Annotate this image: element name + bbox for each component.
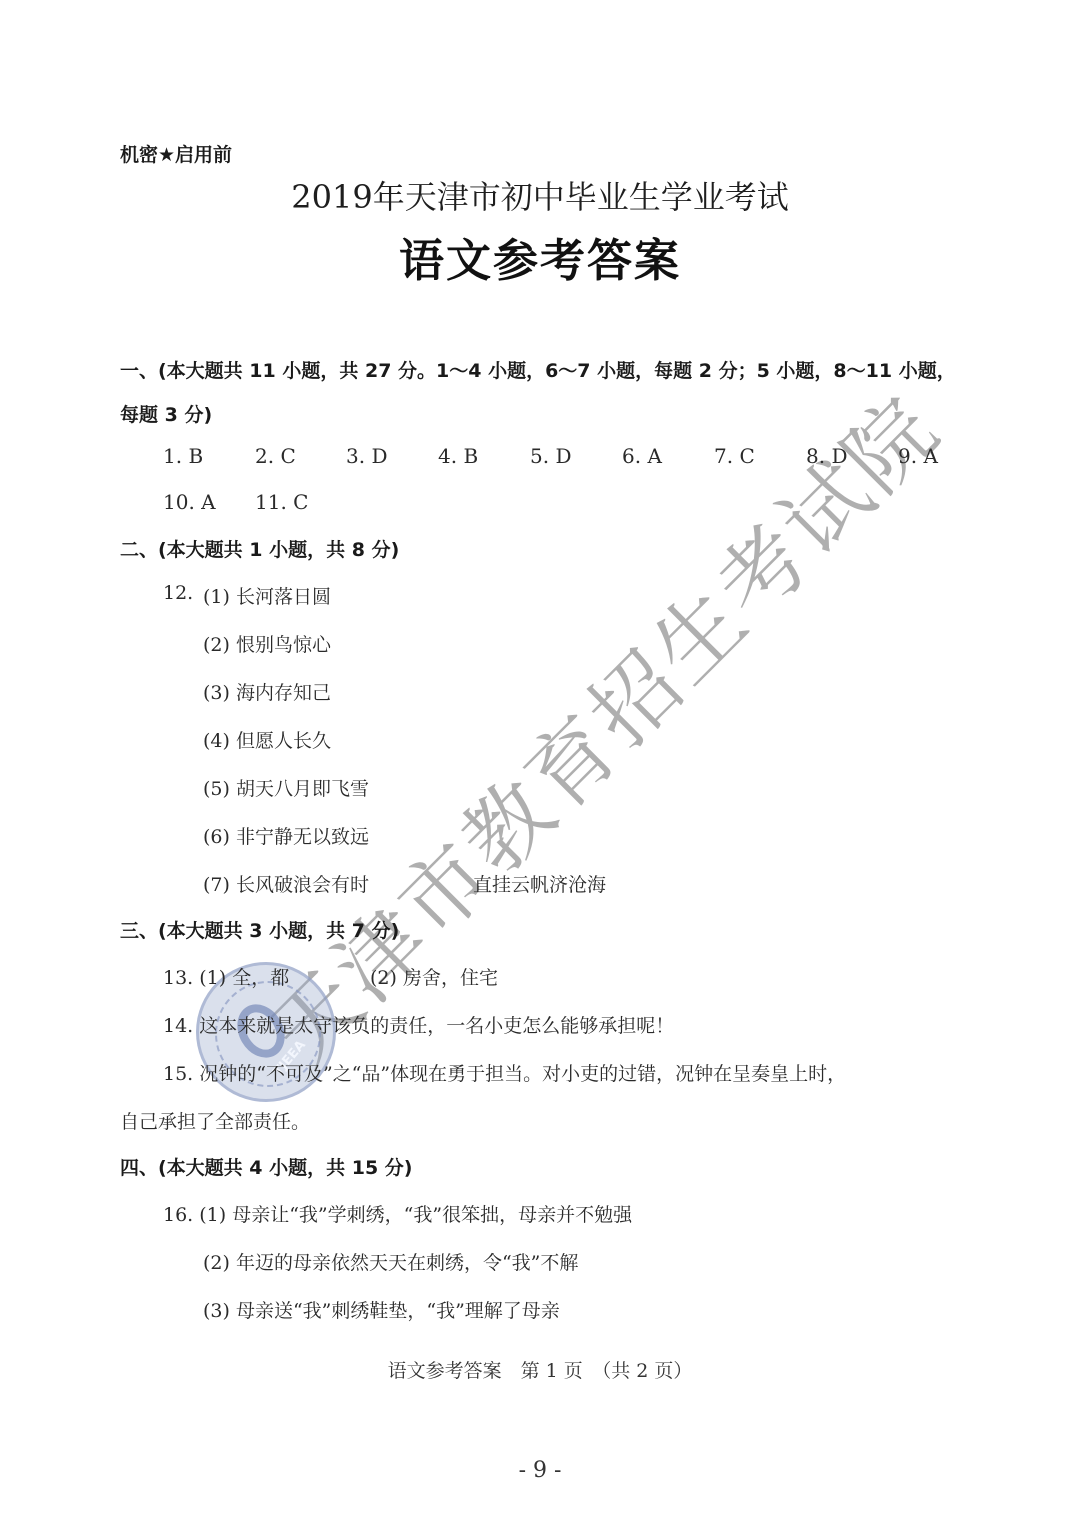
- answer-item: 4. B: [438, 444, 478, 468]
- q12-item: (6) 非宁静无以致远: [203, 822, 369, 849]
- answer-item: 2. C: [255, 444, 296, 468]
- section3-heading: 三、(本大题共 3 小题，共 7 分): [120, 916, 399, 943]
- q14-answer: 14. 这本来就是太守该负的责任，一名小吏怎么能够承担呢！: [163, 1011, 674, 1038]
- watermark-text: 天津市教育招生考试院: [238, 363, 962, 1087]
- q13-part2: (2) 房舍，住宅: [370, 963, 498, 990]
- section2-heading: 二、(本大题共 1 小题，共 8 分): [120, 535, 399, 562]
- answer-item: 5. D: [530, 444, 571, 468]
- page-footer: 语文参考答案 第 1 页 （共 2 页）: [0, 1356, 1080, 1383]
- section1-heading-line1: 一、(本大题共 11 小题，共 27 分。1～4 小题，6～7 小题，每题 2 …: [120, 356, 956, 383]
- q12-item: (4) 但愿人长久: [203, 726, 331, 753]
- document-title: 语文参考答案: [0, 224, 1080, 289]
- answer-item: 10. A: [163, 490, 216, 514]
- section1-heading-line2: 每题 3 分): [120, 400, 212, 427]
- answer-item: 6. A: [622, 444, 662, 468]
- answer-item: 1. B: [163, 444, 203, 468]
- exam-title: 2019年天津市初中毕业生学业考试: [0, 172, 1080, 218]
- q12-item7-extra: 直挂云帆济沧海: [473, 870, 606, 897]
- q16-item: (3) 母亲送“我”刺绣鞋垫，“我”理解了母亲: [203, 1296, 560, 1323]
- q12-number: 12.: [163, 582, 193, 604]
- page-number: - 9 -: [0, 1458, 1080, 1483]
- answer-item: 11. C: [255, 490, 308, 514]
- answer-item: 9. A: [898, 444, 938, 468]
- confidential-label: 机密★启用前: [120, 140, 232, 167]
- q13-part1: 13. (1) 全，都: [163, 963, 289, 990]
- q12-item: (2) 恨别鸟惊心: [203, 630, 331, 657]
- q15-answer-line2: 自己承担了全部责任。: [120, 1107, 310, 1134]
- q16-item: 16. (1) 母亲让“我”学刺绣，“我”很笨拙，母亲并不勉强: [163, 1200, 632, 1227]
- q12-item: (1) 长河落日圆: [203, 582, 331, 609]
- answer-item: 3. D: [346, 444, 387, 468]
- q12-item: (5) 胡天八月即飞雪: [203, 774, 369, 801]
- q12-item: (7) 长风破浪会有时: [203, 870, 369, 897]
- q12-item: (3) 海内存知己: [203, 678, 331, 705]
- answer-item: 8. D: [806, 444, 847, 468]
- section4-heading: 四、(本大题共 4 小题，共 15 分): [120, 1153, 413, 1180]
- q16-item: (2) 年迈的母亲依然天天在刺绣，令“我”不解: [203, 1248, 578, 1275]
- answer-item: 7. C: [714, 444, 755, 468]
- q15-answer-line1: 15. 况钟的“不可及”之“品”体现在勇于担当。对小吏的过错，况钟在呈奏皇上时，: [163, 1059, 846, 1086]
